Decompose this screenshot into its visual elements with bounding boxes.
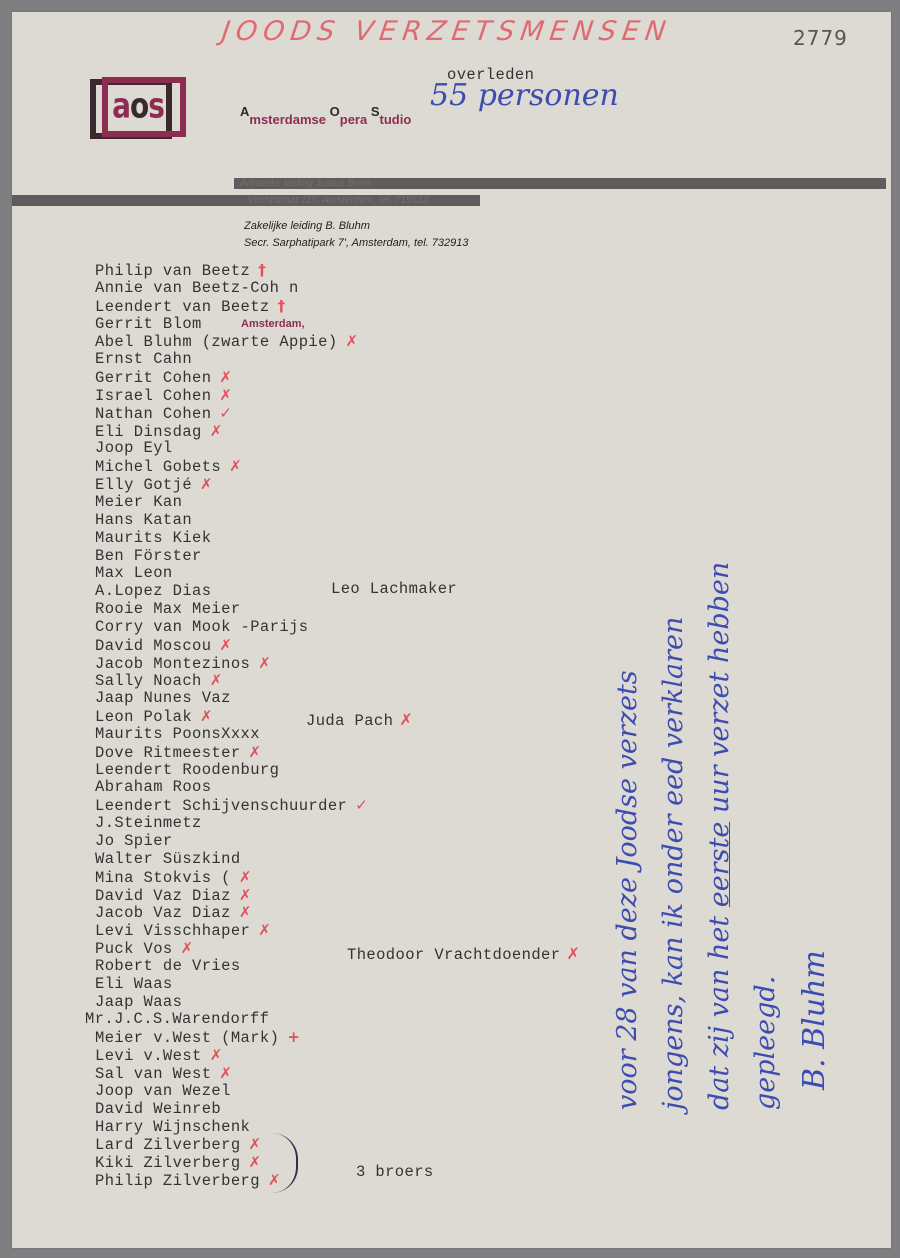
cross-mark-icon: ✗ bbox=[210, 1046, 223, 1064]
name-row: Hans Katan bbox=[95, 512, 368, 530]
name-row: Maurits Kiek bbox=[95, 530, 368, 548]
person-name: Elly Gotjé bbox=[95, 476, 192, 494]
name-row: Jacob Montezinos✗ bbox=[95, 655, 368, 673]
person-name: Leendert Roodenburg bbox=[95, 761, 279, 779]
person-name: Maurits Kiek bbox=[95, 529, 211, 547]
cross-dagger-icon: † bbox=[258, 261, 266, 279]
person-name: Meier Kan bbox=[95, 493, 182, 511]
person-name: David Weinreb bbox=[95, 1100, 221, 1118]
person-name: Lard Zilverberg bbox=[95, 1136, 241, 1154]
person-name: Leendert van Beetz bbox=[95, 298, 270, 316]
business-management: Zakelijke leiding B. Bluhm bbox=[244, 220, 370, 232]
cross-mark-icon: ✗ bbox=[210, 422, 223, 440]
name-row: Robert de Vries bbox=[95, 958, 368, 976]
name-row: Sally Noach✗ bbox=[95, 672, 368, 690]
person-name: Maurits PoonsXxxx bbox=[95, 725, 260, 743]
name-row: Jaap Nunes Vaz bbox=[95, 690, 368, 708]
cross-mark-icon: ✗ bbox=[219, 1064, 232, 1082]
name-row: Philip van Beetz† bbox=[95, 262, 368, 280]
note-line: voor 28 van deze Joodse verzets bbox=[605, 250, 651, 1110]
person-name: Ben Förster bbox=[95, 547, 202, 565]
name-row: Levi Visschhaper✗ bbox=[95, 922, 368, 940]
person-name: J.Steinmetz bbox=[95, 814, 202, 832]
name-row: Puck Vos✗ bbox=[95, 940, 368, 958]
person-name: Jaap Waas bbox=[95, 993, 182, 1011]
name-row: Michel Gobets✗ bbox=[95, 458, 368, 476]
logo-letters: aos bbox=[108, 85, 168, 126]
name-row: Mr.J.C.S.Warendorff bbox=[85, 1011, 368, 1029]
name-row: Corry van Mook -Parijs bbox=[95, 619, 368, 637]
person-name: Abel Bluhm (zwarte Appie) bbox=[95, 333, 338, 351]
person-name: Max Leon bbox=[95, 564, 173, 582]
name-row: Leendert van Beetz† bbox=[95, 298, 368, 316]
person-name: Sal van West bbox=[95, 1065, 211, 1083]
cross-mark-icon: ✗ bbox=[239, 903, 252, 921]
aos-logo: aos bbox=[90, 77, 186, 141]
person-name: David Vaz Diaz bbox=[95, 887, 231, 905]
name-row: David Vaz Diaz✗ bbox=[95, 887, 368, 905]
person-name: Levi Visschhaper bbox=[95, 922, 250, 940]
note-line: jongens, kan ik onder eed verklaren bbox=[651, 250, 697, 1110]
person-name: Nathan Cohen bbox=[95, 405, 211, 423]
person-name: Leon Polak bbox=[95, 708, 192, 726]
person-name: Dove Ritmeester bbox=[95, 744, 241, 762]
name-row: Joop Eyl bbox=[95, 440, 368, 458]
cross-dagger-icon: † bbox=[278, 297, 286, 315]
name-row: Levi v.West✗ bbox=[95, 1047, 368, 1065]
brothers-note: 3 broers bbox=[356, 1163, 434, 1181]
person-name: Jacob Montezinos bbox=[95, 655, 250, 673]
name-row: Ernst Cahn bbox=[95, 351, 368, 369]
cross-mark-icon: ✗ bbox=[399, 710, 413, 729]
cross-mark-icon: + bbox=[287, 1028, 300, 1046]
archive-number: 2779 bbox=[793, 26, 848, 50]
secretariat-address: Secr. Sarphatipark 7', Amsterdam, tel. 7… bbox=[244, 237, 468, 249]
check-mark-icon: ✓ bbox=[219, 404, 232, 422]
handwritten-count: 55 personen bbox=[430, 78, 619, 113]
name-row: Dove Ritmeester✗ bbox=[95, 744, 368, 762]
cross-mark-icon: ✗ bbox=[210, 671, 223, 689]
name-row: Leendert Schijvenschuurder✓ bbox=[95, 797, 368, 815]
person-name: Jacob Vaz Diaz bbox=[95, 904, 231, 922]
name-row: Meier Kan bbox=[95, 494, 368, 512]
person-name: David Moscou bbox=[95, 637, 211, 655]
person-name: Corry van Mook -Parijs bbox=[95, 618, 308, 636]
cross-mark-icon: ✗ bbox=[258, 654, 271, 672]
name-row: Abel Bluhm (zwarte Appie)✗ bbox=[95, 333, 368, 351]
person-name: Philip van Beetz bbox=[95, 262, 250, 280]
name-row: Annie van Beetz-Coh n bbox=[95, 280, 368, 298]
person-name: Eli Dinsdag bbox=[95, 423, 202, 441]
name-row: Eli Dinsdag✗ bbox=[95, 423, 368, 441]
person-name: Jaap Nunes Vaz bbox=[95, 689, 231, 707]
name-row: Leendert Roodenburg bbox=[95, 762, 368, 780]
name-row: Nathan Cohen✓ bbox=[95, 405, 368, 423]
person-name: Michel Gobets bbox=[95, 458, 221, 476]
name-row: Meier v.West (Mark)+ bbox=[95, 1029, 368, 1047]
name-row: Israel Cohen✗ bbox=[95, 387, 368, 405]
person-name: Mina Stokvis ( bbox=[95, 869, 231, 887]
person-name: Leendert Schijvenschuurder bbox=[95, 797, 347, 815]
name-row: Eli Waas bbox=[95, 976, 368, 994]
handwritten-title: JOODS VERZETSMENSEN bbox=[220, 16, 674, 47]
side-name: Theodoor Vrachtdoender✗ bbox=[347, 944, 580, 964]
signature: B. Bluhm bbox=[797, 250, 832, 1110]
name-row: David Moscou✗ bbox=[95, 637, 368, 655]
side-name: Leo Lachmaker bbox=[331, 580, 457, 598]
person-name: Meier v.West (Mark) bbox=[95, 1029, 279, 1047]
person-name: Jo Spier bbox=[95, 832, 173, 850]
person-name: Eli Waas bbox=[95, 975, 173, 993]
person-name: Rooie Max Meier bbox=[95, 600, 241, 618]
name-row: A.Lopez Dias bbox=[95, 583, 368, 601]
person-name: Philip Zilverberg bbox=[95, 1172, 260, 1190]
person-name: A.Lopez Dias bbox=[95, 582, 211, 600]
cross-mark-icon: ✗ bbox=[346, 332, 359, 350]
cross-mark-icon: ✗ bbox=[219, 636, 232, 654]
name-row: J.Steinmetz bbox=[95, 815, 368, 833]
person-name: Israel Cohen bbox=[95, 387, 211, 405]
name-row: Jo Spier bbox=[95, 833, 368, 851]
person-name: Joop Eyl bbox=[95, 439, 173, 457]
name-row: Gerrit Blom bbox=[95, 316, 368, 334]
person-name: Kiki Zilverberg bbox=[95, 1154, 241, 1172]
name-row: Jaap Waas bbox=[95, 994, 368, 1012]
name-row: Rooie Max Meier bbox=[95, 601, 368, 619]
person-name: Ernst Cahn bbox=[95, 350, 192, 368]
note-line: gepleegd. bbox=[743, 250, 789, 1110]
name-row: Philip Zilverberg✗ bbox=[95, 1172, 368, 1190]
redacted-address: Vechtstraat 115, Amsterdam, tel. 719512. bbox=[12, 195, 480, 206]
name-row: David Weinreb bbox=[95, 1101, 368, 1119]
person-name: Harry Wijnschenk bbox=[95, 1118, 250, 1136]
name-row: Walter Süszkind bbox=[95, 851, 368, 869]
person-name: Gerrit Cohen bbox=[95, 369, 211, 387]
cross-mark-icon: ✗ bbox=[219, 368, 232, 386]
person-name: Joop van Wezel bbox=[95, 1082, 231, 1100]
cross-mark-icon: ✗ bbox=[239, 868, 252, 886]
person-name: Abraham Roos bbox=[95, 778, 211, 796]
name-row: Ben Förster bbox=[95, 548, 368, 566]
name-row: Elly Gotjé✗ bbox=[95, 476, 368, 494]
cross-mark-icon: ✗ bbox=[249, 1135, 262, 1153]
cross-mark-icon: ✗ bbox=[181, 939, 194, 957]
name-row: Sal van West✗ bbox=[95, 1065, 368, 1083]
cross-mark-icon: ✗ bbox=[239, 886, 252, 904]
side-name: Juda Pach✗ bbox=[306, 710, 413, 730]
organization-name: Amsterdamse Opera Studio bbox=[240, 112, 411, 127]
name-row: Max Leon bbox=[95, 565, 368, 583]
cross-mark-icon: ✗ bbox=[200, 475, 213, 493]
person-name: Gerrit Blom bbox=[95, 315, 202, 333]
person-name: Walter Süszkind bbox=[95, 850, 241, 868]
name-row: Harry Wijnschenk bbox=[95, 1119, 368, 1137]
person-name: Annie van Beetz-Coh n bbox=[95, 279, 299, 297]
cross-mark-icon: ✗ bbox=[219, 386, 232, 404]
note-line: dat zij van het eerste uur verzet hebben bbox=[697, 250, 743, 1110]
cross-mark-icon: ✗ bbox=[229, 457, 242, 475]
person-name: Mr.J.C.S.Warendorff bbox=[85, 1010, 269, 1028]
name-row: Joop van Wezel bbox=[95, 1083, 368, 1101]
person-name: Puck Vos bbox=[95, 940, 173, 958]
person-name: Sally Noach bbox=[95, 672, 202, 690]
name-row: Gerrit Cohen✗ bbox=[95, 369, 368, 387]
name-row: Kiki Zilverberg✗ bbox=[95, 1154, 368, 1172]
person-name: Robert de Vries bbox=[95, 957, 241, 975]
cross-mark-icon: ✗ bbox=[249, 1153, 262, 1171]
handwritten-note: voor 28 van deze Joodse verzets jongens,… bbox=[605, 250, 832, 1110]
cross-mark-icon: ✗ bbox=[258, 921, 271, 939]
person-name: Levi v.West bbox=[95, 1047, 202, 1065]
person-name: Hans Katan bbox=[95, 511, 192, 529]
redacted-artistic-direction: Artistieke leiding Justus Boon bbox=[234, 178, 886, 189]
name-row: Mina Stokvis (✗ bbox=[95, 869, 368, 887]
cross-mark-icon: ✗ bbox=[200, 707, 213, 725]
cross-mark-icon: ✗ bbox=[566, 944, 580, 963]
cross-mark-icon: ✗ bbox=[249, 743, 262, 761]
name-row: Lard Zilverberg✗ bbox=[95, 1136, 368, 1154]
check-mark-icon: ✓ bbox=[355, 796, 368, 814]
name-row: Abraham Roos bbox=[95, 779, 368, 797]
name-row: Jacob Vaz Diaz✗ bbox=[95, 904, 368, 922]
